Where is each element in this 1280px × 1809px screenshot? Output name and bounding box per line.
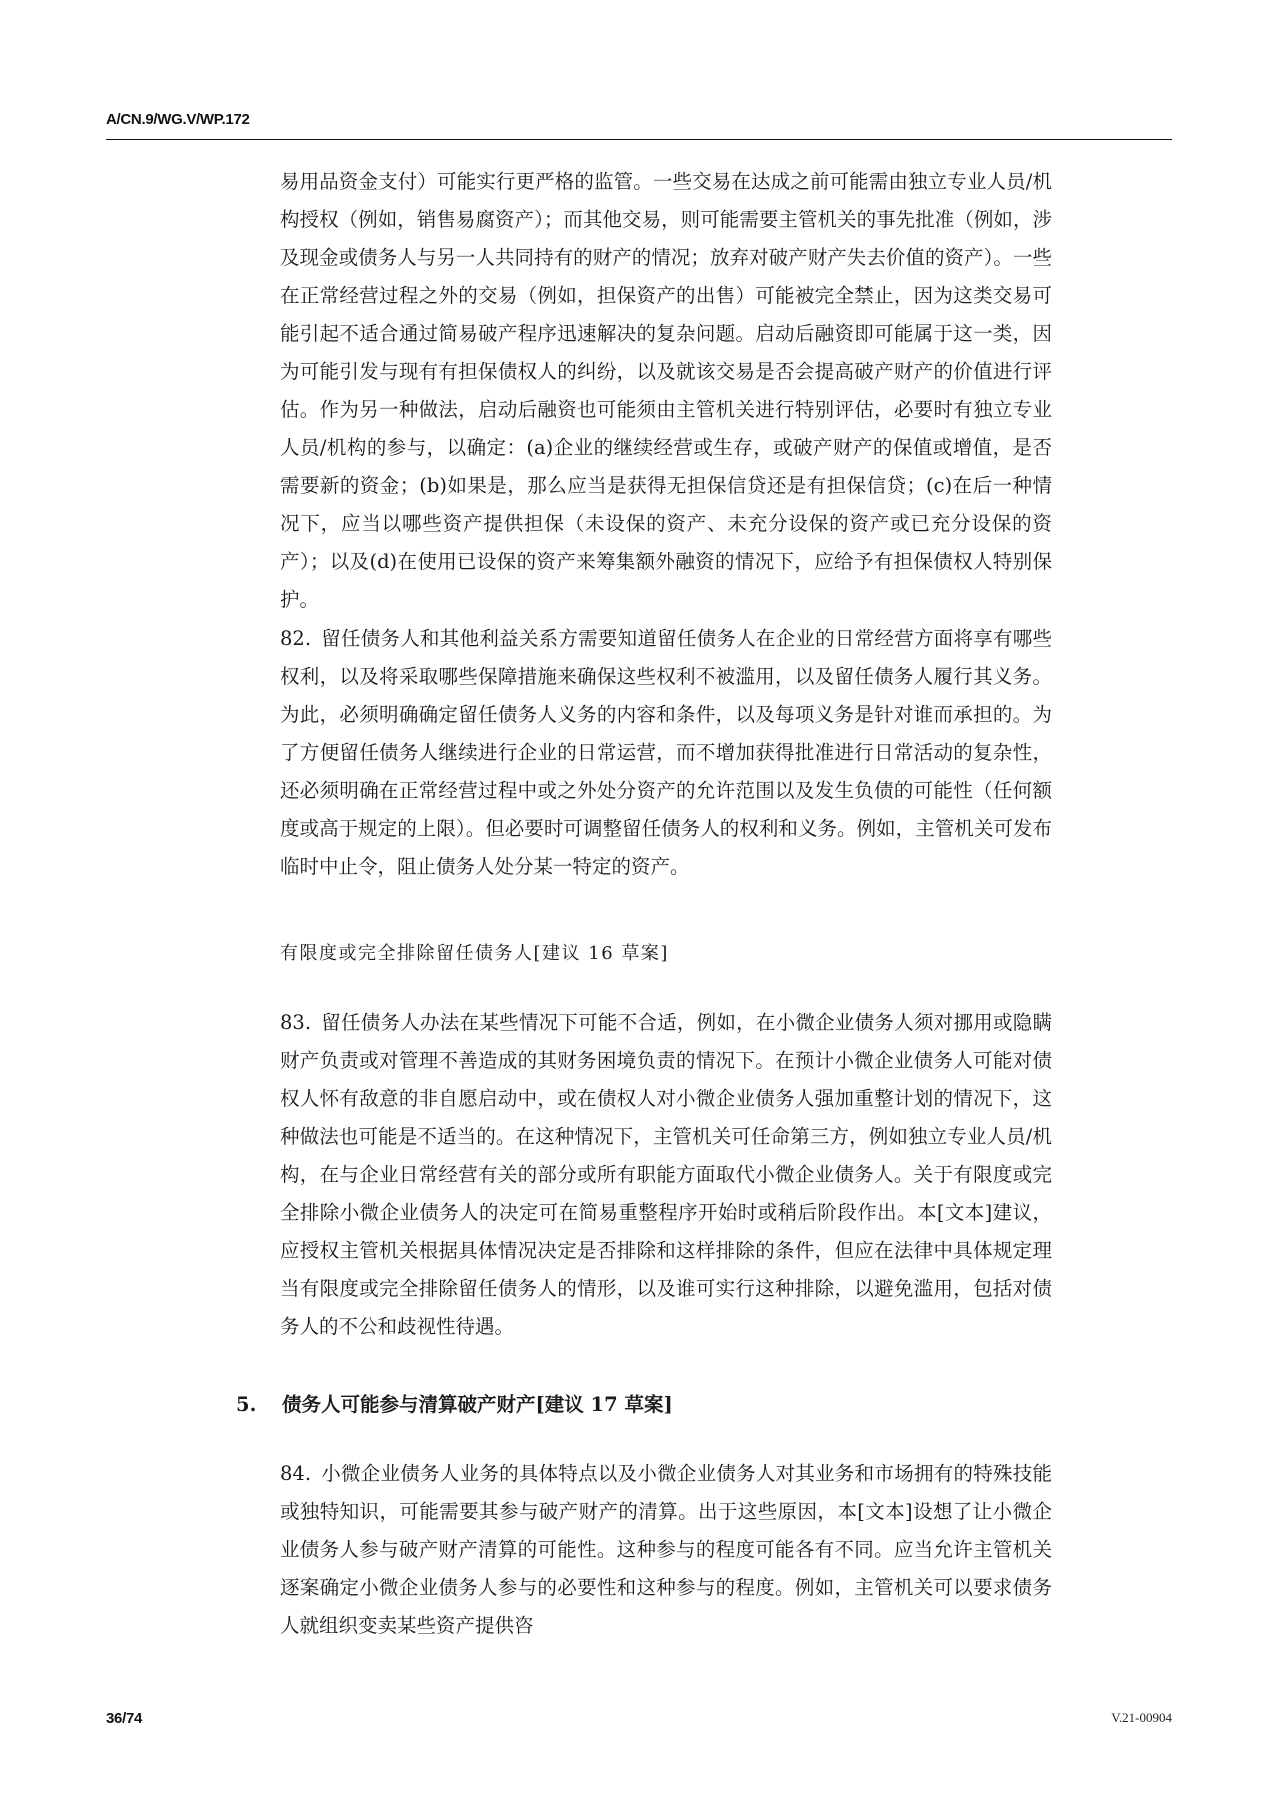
paragraph-82-block: 82.留任债务人和其他利益关系方需要知道留任债务人在企业的日常经营方面将享有哪些… (280, 620, 1052, 886)
paragraph-text: 留任债务人办法在某些情况下可能不合适，例如，在小微企业债务人须对挪用或隐瞒财产负… (280, 1011, 1052, 1338)
paragraph-text: 留任债务人和其他利益关系方需要知道留任债务人在企业的日常经营方面将享有哪些权利，… (280, 627, 1052, 878)
document-symbol: A/CN.9/WG.V/WP.172 (106, 111, 250, 128)
paragraph-84-block: 84.小微企业债务人业务的具体特点以及小微企业债务人对其业务和市场拥有的特殊技能… (280, 1455, 1052, 1645)
paragraph-83: 83.留任债务人办法在某些情况下可能不合适，例如，在小微企业债务人须对挪用或隐瞒… (280, 1004, 1052, 1346)
subheading-exclusion-of-debtor: 有限度或完全排除留任债务人[建议 16 草案] (280, 939, 669, 969)
paragraph-83-block: 83.留任债务人办法在某些情况下可能不合适，例如，在小微企业债务人须对挪用或隐瞒… (280, 1004, 1052, 1346)
paragraph-text: 小微企业债务人业务的具体特点以及小微企业债务人对其业务和市场拥有的特殊技能或独特… (280, 1462, 1052, 1637)
paragraph-number: 83. (280, 1011, 311, 1034)
paragraph-number: 82. (280, 627, 311, 650)
paragraph-number: 84. (280, 1462, 311, 1485)
paragraph-84: 84.小微企业债务人业务的具体特点以及小微企业债务人对其业务和市场拥有的特殊技能… (280, 1455, 1052, 1645)
section-title: 债务人可能参与清算破产财产[建议 17 草案] (282, 1393, 673, 1416)
page-number: 36/74 (106, 1710, 142, 1727)
section-5-heading: 5.债务人可能参与清算破产财产[建议 17 草案] (236, 1390, 673, 1420)
header-divider (106, 139, 1172, 140)
section-number: 5. (236, 1390, 282, 1420)
paragraph-82: 82.留任债务人和其他利益关系方需要知道留任债务人在企业的日常经营方面将享有哪些… (280, 620, 1052, 886)
continuation-paragraph: 易用品资金支付）可能实行更严格的监管。一些交易在达成之前可能需由独立专业人员/机… (280, 163, 1052, 619)
continuation-paragraph-block: 易用品资金支付）可能实行更严格的监管。一些交易在达成之前可能需由独立专业人员/机… (280, 163, 1052, 619)
document-code: V.21-00904 (1111, 1710, 1172, 1726)
